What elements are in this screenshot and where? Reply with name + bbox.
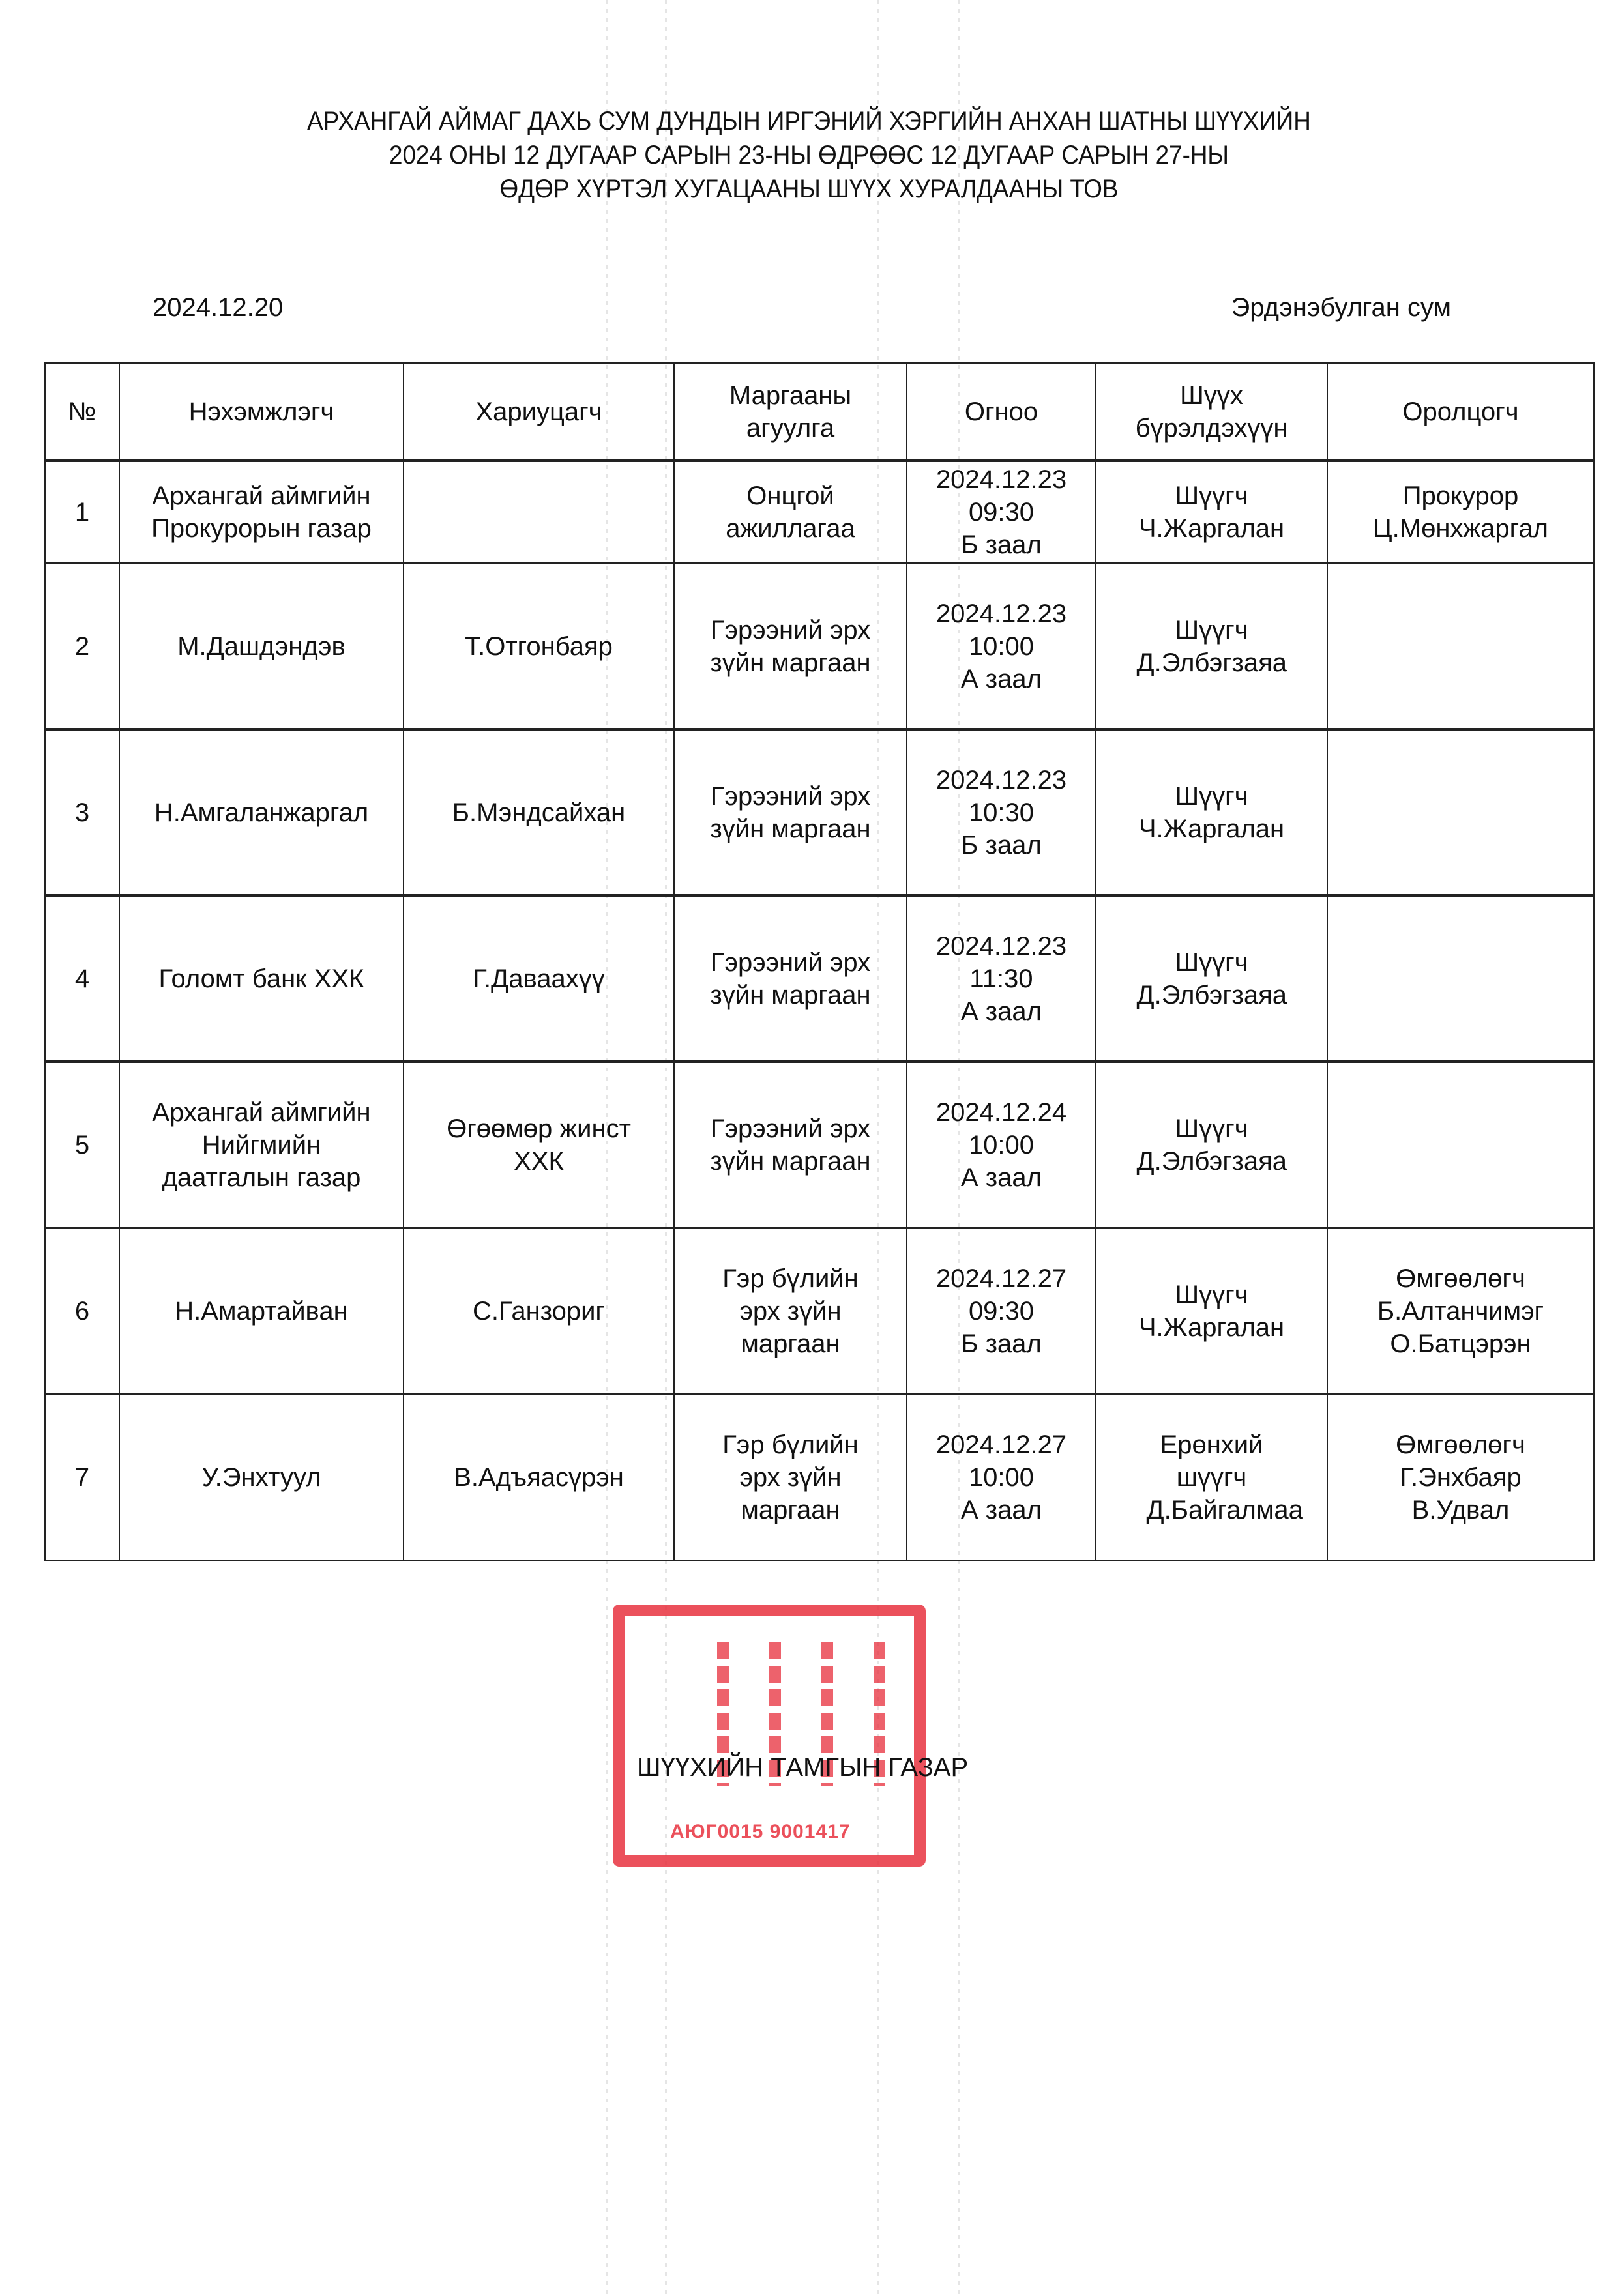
cell-date-hall: Б заал xyxy=(911,529,1091,561)
table-row: 7У.ЭнхтуулВ.АдъяасүрэнГэр бүлийн эрх зүй… xyxy=(45,1394,1594,1560)
cell-date: 2024.12.2410:00А заал xyxy=(907,1062,1096,1228)
cell-number: 2 xyxy=(45,563,119,729)
cell-bench: Шүүгч Д.Элбэгзаяа xyxy=(1096,563,1327,729)
document-date: 2024.12.20 xyxy=(153,293,283,323)
cell-date-time: 11:30 xyxy=(911,963,1091,995)
cell-defendant-text: С.Ганзориг xyxy=(432,1295,647,1328)
header-date: Огноо xyxy=(907,363,1096,461)
header-bench: Шүүх бүрэлдэхүүн xyxy=(1096,363,1327,461)
footer-office-label: ШҮҮХИЙН ТАМГЫН ГАЗАР xyxy=(0,1753,1618,1782)
cell-defendant: С.Ганзориг xyxy=(404,1228,674,1394)
cell-date-time: 10:30 xyxy=(911,796,1091,829)
cell-date-time: 10:00 xyxy=(911,1461,1091,1494)
cell-date-hall: А заал xyxy=(911,1494,1091,1526)
cell-date-date: 2024.12.27 xyxy=(911,1429,1091,1461)
cell-date-date: 2024.12.23 xyxy=(911,463,1091,496)
cell-plaintiff-text: Архангай аймгийн Нийгмийн даатгалын газа… xyxy=(138,1096,385,1194)
cell-subject: Гэрээний эрх зүйн маргаан xyxy=(674,1062,907,1228)
cell-participants: Прокурор Ц.Мөнхжаргал xyxy=(1327,461,1594,563)
cell-plaintiff: Архангай аймгийн Прокурорын газар xyxy=(119,461,404,563)
cell-subject-text: Гэр бүлийн эрх зүйн маргаан xyxy=(719,1262,862,1360)
table-header-row: № Нэхэмжлэгч Хариуцагч Маргааны агуулга … xyxy=(45,363,1594,461)
header-subject-text: Маргааны агуулга xyxy=(713,379,869,444)
title-line: 2024 ОНЫ 12 ДУГААР САРЫН 23-НЫ ӨДРӨӨС 12… xyxy=(65,138,1553,172)
cell-date-hall: А заал xyxy=(911,663,1091,695)
document-place: Эрдэнэбулган сум xyxy=(1231,293,1451,323)
cell-defendant-text: В.Адъяасүрэн xyxy=(432,1461,647,1494)
cell-subject: Гэр бүлийн эрх зүйн маргаан xyxy=(674,1394,907,1560)
cell-bench-text: Шүүгч Д.Элбэгзаяа xyxy=(1137,1112,1287,1178)
cell-date: 2024.12.2310:30Б заал xyxy=(907,729,1096,895)
cell-bench-text: Ерөнхий шүүгч Д.Байгалмаа xyxy=(1147,1429,1277,1526)
cell-date: 2024.12.2309:30Б заал xyxy=(907,461,1096,563)
cell-defendant: В.Адъяасүрэн xyxy=(404,1394,674,1560)
cell-subject-text: Гэр бүлийн эрх зүйн маргаан xyxy=(719,1429,862,1526)
cell-defendant: Өгөөмөр жинст ХХК xyxy=(404,1062,674,1228)
header-number: № xyxy=(45,363,119,461)
cell-subject-text: Гэрээний эрх зүйн маргаан xyxy=(693,946,889,1011)
table-row: 5Архангай аймгийн Нийгмийн даатгалын газ… xyxy=(45,1062,1594,1228)
cell-participants xyxy=(1327,729,1594,895)
table-row: 2М.ДашдэндэвТ.ОтгонбаярГэрээний эрх зүйн… xyxy=(45,563,1594,729)
cell-participants xyxy=(1327,895,1594,1062)
cell-number-text: 1 xyxy=(50,496,115,529)
cell-date-time: 10:00 xyxy=(911,1129,1091,1161)
header-participants: Оролцогч xyxy=(1327,363,1594,461)
seal-code: АЮГ0015 9001417 xyxy=(670,1821,850,1843)
cell-plaintiff: У.Энхтуул xyxy=(119,1394,404,1560)
cell-number-text: 6 xyxy=(50,1295,115,1328)
cell-bench-text: Шүүгч Д.Элбэгзаяа xyxy=(1137,946,1287,1011)
cell-date-date: 2024.12.27 xyxy=(911,1262,1091,1295)
cell-defendant: Г.Даваахүү xyxy=(404,895,674,1062)
official-seal: АЮГ0015 9001417 xyxy=(613,1605,926,1867)
cell-defendant xyxy=(404,461,674,563)
cell-date-date: 2024.12.23 xyxy=(911,598,1091,630)
cell-number: 5 xyxy=(45,1062,119,1228)
cell-participants-text: Өмгөөлөгч Б.Алтанчимэг О.Батцэрэн xyxy=(1363,1262,1559,1360)
cell-bench-text: Шүүгч Ч.Жаргалан xyxy=(1137,1279,1287,1344)
cell-number-text: 3 xyxy=(50,796,115,829)
cell-participants: Өмгөөлөгч Б.Алтанчимэг О.Батцэрэн xyxy=(1327,1228,1594,1394)
title-line: АРХАНГАЙ АЙМАГ ДАХЬ СУМ ДУНДЫН ИРГЭНИЙ Х… xyxy=(65,104,1553,138)
table-row: 4Голомт банк ХХКГ.ДаваахүүГэрээний эрх з… xyxy=(45,895,1594,1062)
document-title: АРХАНГАЙ АЙМАГ ДАХЬ СУМ ДУНДЫН ИРГЭНИЙ Х… xyxy=(65,104,1553,206)
cell-plaintiff-text: М.Дашдэндэв xyxy=(138,630,385,663)
cell-subject-text: Гэрээний эрх зүйн маргаан xyxy=(693,1112,889,1178)
cell-date-time: 09:30 xyxy=(911,1295,1091,1328)
cell-subject-text: Гэрээний эрх зүйн маргаан xyxy=(693,780,889,845)
cell-bench-text: Шүүгч Ч.Жаргалан xyxy=(1137,480,1287,545)
cell-plaintiff: Н.Амгаланжаргал xyxy=(119,729,404,895)
cell-date-hall: Б заал xyxy=(911,829,1091,862)
cell-defendant-text: Т.Отгонбаяр xyxy=(432,630,647,663)
cell-date-time: 10:00 xyxy=(911,630,1091,663)
title-line: ӨДӨР ХҮРТЭЛ ХУГАЦААНЫ ШҮҮХ ХУРАЛДААНЫ ТО… xyxy=(65,172,1553,206)
cell-subject: Гэрээний эрх зүйн маргаан xyxy=(674,895,907,1062)
cell-date: 2024.12.2709:30Б заал xyxy=(907,1228,1096,1394)
cell-bench: Шүүгч Ч.Жаргалан xyxy=(1096,461,1327,563)
table-row: 6Н.АмартайванС.ГанзоригГэр бүлийн эрх зү… xyxy=(45,1228,1594,1394)
cell-date-time: 09:30 xyxy=(911,496,1091,529)
cell-bench-text: Шүүгч Ч.Жаргалан xyxy=(1137,780,1287,845)
table-row: 1Архангай аймгийн Прокурорын газарОнцгой… xyxy=(45,461,1594,563)
cell-plaintiff-text: Н.Амгаланжаргал xyxy=(138,796,385,829)
table-row: 3Н.АмгаланжаргалБ.МэндсайханГэрээний эрх… xyxy=(45,729,1594,895)
cell-participants xyxy=(1327,1062,1594,1228)
cell-defendant: Б.Мэндсайхан xyxy=(404,729,674,895)
cell-number: 4 xyxy=(45,895,119,1062)
cell-number: 7 xyxy=(45,1394,119,1560)
cell-number: 6 xyxy=(45,1228,119,1394)
footer-office-text: ШҮҮХИЙН ТАМГЫН ГАЗАР xyxy=(637,1753,968,1782)
cell-participants xyxy=(1327,563,1594,729)
cell-plaintiff: Архангай аймгийн Нийгмийн даатгалын газа… xyxy=(119,1062,404,1228)
cell-bench: Ерөнхий шүүгч Д.Байгалмаа xyxy=(1096,1394,1327,1560)
hearing-schedule-table: № Нэхэмжлэгч Хариуцагч Маргааны агуулга … xyxy=(44,362,1595,1561)
cell-plaintiff-text: Голомт банк ХХК xyxy=(138,963,385,995)
cell-plaintiff: Н.Амартайван xyxy=(119,1228,404,1394)
cell-plaintiff: М.Дашдэндэв xyxy=(119,563,404,729)
cell-bench: Шүүгч Д.Элбэгзаяа xyxy=(1096,1062,1327,1228)
cell-subject: Гэрээний эрх зүйн маргаан xyxy=(674,729,907,895)
cell-subject-text: Онцгой ажиллагаа xyxy=(693,480,889,545)
cell-subject: Онцгой ажиллагаа xyxy=(674,461,907,563)
header-plaintiff: Нэхэмжлэгч xyxy=(119,363,404,461)
cell-bench: Шүүгч Ч.Жаргалан xyxy=(1096,729,1327,895)
cell-defendant-text: Өгөөмөр жинст ХХК xyxy=(432,1112,647,1178)
cell-plaintiff-text: У.Энхтуул xyxy=(138,1461,385,1494)
cell-number-text: 5 xyxy=(50,1129,115,1161)
cell-defendant: Т.Отгонбаяр xyxy=(404,563,674,729)
cell-number: 1 xyxy=(45,461,119,563)
cell-bench: Шүүгч Ч.Жаргалан xyxy=(1096,1228,1327,1394)
cell-plaintiff-text: Н.Амартайван xyxy=(138,1295,385,1328)
cell-plaintiff: Голомт банк ХХК xyxy=(119,895,404,1062)
cell-number-text: 4 xyxy=(50,963,115,995)
cell-subject: Гэрээний эрх зүйн маргаан xyxy=(674,563,907,729)
cell-date-date: 2024.12.23 xyxy=(911,930,1091,963)
cell-bench-text: Шүүгч Д.Элбэгзаяа xyxy=(1137,614,1287,679)
cell-defendant-text: Б.Мэндсайхан xyxy=(432,796,647,829)
cell-number-text: 2 xyxy=(50,630,115,663)
cell-bench: Шүүгч Д.Элбэгзаяа xyxy=(1096,895,1327,1062)
header-subject: Маргааны агуулга xyxy=(674,363,907,461)
cell-subject: Гэр бүлийн эрх зүйн маргаан xyxy=(674,1228,907,1394)
cell-date-date: 2024.12.23 xyxy=(911,764,1091,796)
cell-defendant-text: Г.Даваахүү xyxy=(432,963,647,995)
header-bench-text: Шүүх бүрэлдэхүүн xyxy=(1124,379,1300,444)
cell-participants: Өмгөөлөгч Г.Энхбаяр В.Удвал xyxy=(1327,1394,1594,1560)
cell-participants-text: Өмгөөлөгч Г.Энхбаяр В.Удвал xyxy=(1363,1429,1559,1526)
cell-number: 3 xyxy=(45,729,119,895)
header-defendant: Хариуцагч xyxy=(404,363,674,461)
cell-date: 2024.12.2311:30А заал xyxy=(907,895,1096,1062)
cell-date-hall: Б заал xyxy=(911,1328,1091,1360)
cell-date-hall: А заал xyxy=(911,995,1091,1028)
cell-date-date: 2024.12.24 xyxy=(911,1096,1091,1129)
cell-participants-text: Прокурор Ц.Мөнхжаргал xyxy=(1363,480,1559,545)
cell-date: 2024.12.2310:00А заал xyxy=(907,563,1096,729)
cell-number-text: 7 xyxy=(50,1461,115,1494)
cell-date-hall: А заал xyxy=(911,1161,1091,1194)
cell-subject-text: Гэрээний эрх зүйн маргаан xyxy=(693,614,889,679)
cell-plaintiff-text: Архангай аймгийн Прокурорын газар xyxy=(138,480,385,545)
cell-date: 2024.12.2710:00А заал xyxy=(907,1394,1096,1560)
